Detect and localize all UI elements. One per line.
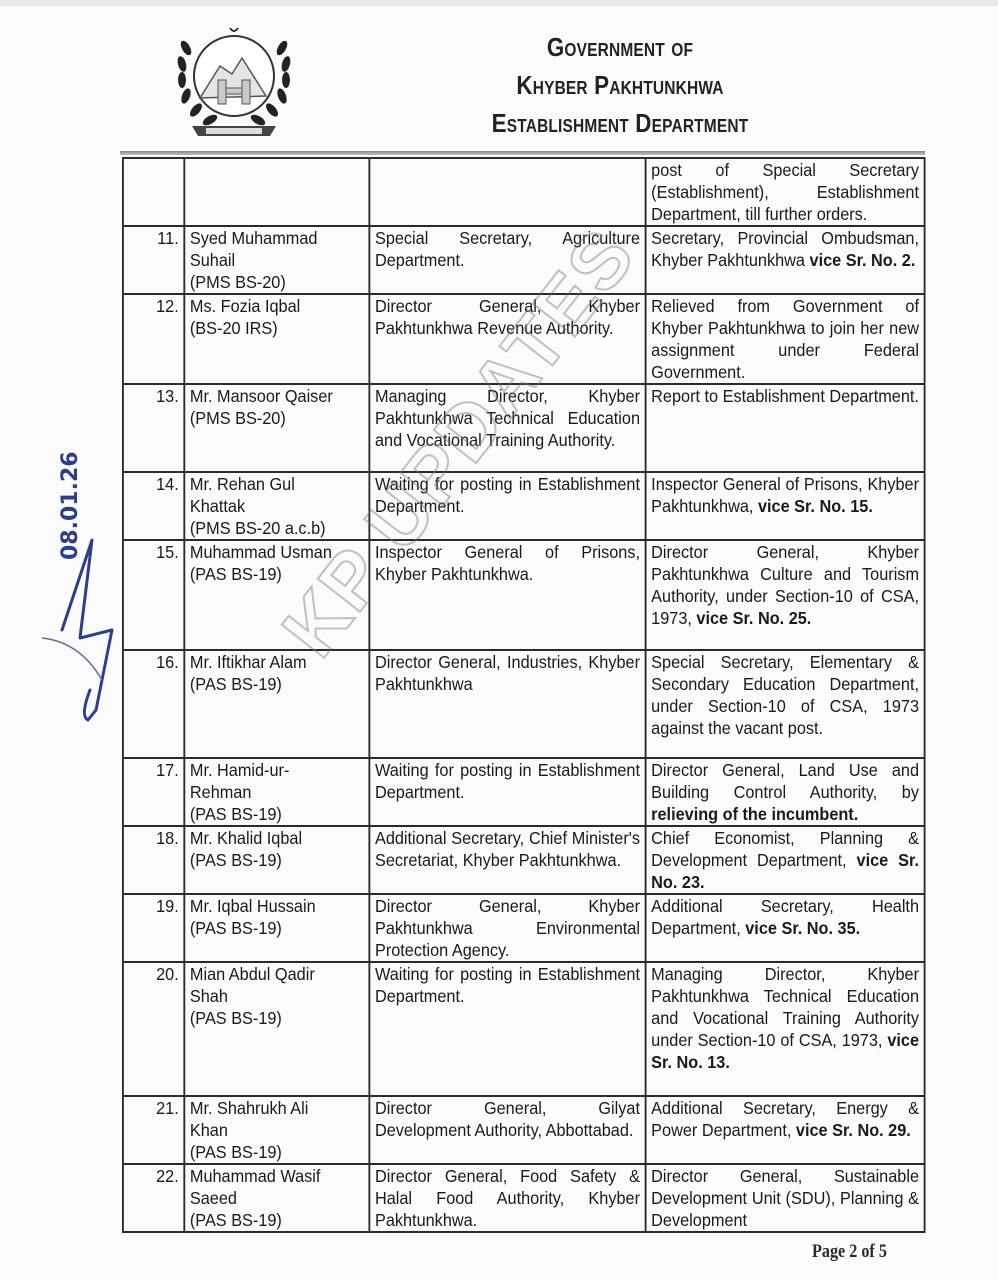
- cell-sr: 20.: [123, 962, 184, 1096]
- cell-from: Waiting for posting in Establishment Dep…: [369, 962, 645, 1096]
- cell-sr: 13.: [123, 384, 184, 472]
- cell-from: Waiting for posting in Establishment Dep…: [369, 472, 645, 540]
- cell-sr: 18.: [123, 826, 184, 894]
- cell-from: Director General, Khyber Pakhtunkhwa Env…: [369, 894, 645, 962]
- cell-name: Ms. Fozia Iqbal(BS-20 IRS): [184, 294, 369, 384]
- cell-sr: 12.: [123, 294, 184, 384]
- officer-name-line: Muhammad Wasif: [190, 1165, 364, 1187]
- table-row: 22.Muhammad WasifSaeed(PAS BS-19)Directo…: [123, 1164, 925, 1232]
- vice-reference: vice Sr. No. 2.: [810, 250, 916, 270]
- cell-to: Chief Economist, Planning & Development …: [646, 826, 925, 894]
- cell-to: Secretary, Provincial Ombudsman, Khyber …: [646, 226, 925, 294]
- cell-from: Waiting for posting in Establishment Dep…: [369, 758, 645, 826]
- officer-name-line: (PMS BS-20): [190, 271, 364, 293]
- officer-name-line: Ms. Fozia Iqbal: [190, 295, 364, 317]
- table-row: 14.Mr. Rehan GulKhattak(PMS BS-20 a.c.b)…: [123, 472, 925, 540]
- officer-name-line: Mr. Hamid-ur-: [190, 759, 364, 781]
- cell-name: Syed MuhammadSuhail(PMS BS-20): [184, 226, 369, 294]
- cell-to: Managing Director, Khyber Pakhtunkhwa Te…: [646, 962, 925, 1096]
- cell-from: [369, 158, 645, 226]
- posting-text: Relieved from Government of Khyber Pakht…: [651, 296, 919, 382]
- officer-name-line: Suhail: [190, 249, 364, 271]
- cell-from: Director General, Industries, Khyber Pak…: [369, 650, 645, 758]
- officer-name-line: Saeed: [190, 1187, 364, 1209]
- vice-reference: vice Sr. No. 15.: [758, 496, 873, 516]
- cell-from: Managing Director, Khyber Pakhtunkhwa Te…: [369, 384, 645, 472]
- cell-to: Additional Secretary, Energy & Power Dep…: [646, 1096, 925, 1164]
- table-row: 16.Mr. Iftikhar Alam(PAS BS-19)Director …: [123, 650, 925, 758]
- posting-text: Managing Director, Khyber Pakhtunkhwa Te…: [651, 964, 919, 1050]
- officer-name-line: (BS-20 IRS): [190, 317, 364, 339]
- cell-to: Special Secretary, Elementary & Secondar…: [646, 650, 925, 758]
- table-row: 17.Mr. Hamid-ur-Rehman(PAS BS-19)Waiting…: [123, 758, 925, 826]
- table-row: 15.Muhammad Usman(PAS BS-19)Inspector Ge…: [123, 540, 925, 650]
- officer-name-line: (PMS BS-20): [190, 407, 364, 429]
- cell-from: Special Secretary, Agriculture Departmen…: [369, 226, 645, 294]
- handwritten-date: 08.01.26: [58, 451, 83, 560]
- document-letterhead: Government of Khyber Pakhtunkhwa Establi…: [380, 28, 860, 142]
- officer-name-line: Khattak: [190, 495, 364, 517]
- officer-name-line: (PAS BS-19): [190, 673, 364, 695]
- cell-sr: 22.: [123, 1164, 184, 1232]
- officer-name-line: (PAS BS-19): [190, 1141, 364, 1163]
- cell-name: Mr. Iqbal Hussain(PAS BS-19): [184, 894, 369, 962]
- kp-government-emblem-icon: [170, 18, 298, 142]
- vice-reference: vice Sr. No. 25.: [696, 608, 811, 628]
- posting-text: Special Secretary, Elementary & Secondar…: [651, 652, 919, 738]
- officer-name-line: Rehman: [190, 781, 364, 803]
- table-row: 12.Ms. Fozia Iqbal(BS-20 IRS)Director Ge…: [123, 294, 925, 384]
- officer-name-line: (PAS BS-19): [190, 563, 364, 585]
- cell-from: Director General, Food Safety & Halal Fo…: [369, 1164, 645, 1232]
- letterhead-rule: [120, 151, 925, 155]
- cell-from: Director General, Gilyat Development Aut…: [369, 1096, 645, 1164]
- officer-name-line: Mr. Iftikhar Alam: [190, 651, 364, 673]
- officer-name-line: (PAS BS-19): [190, 917, 364, 939]
- cell-to: Director General, Land Use and Building …: [646, 758, 925, 826]
- cell-name: Mr. Rehan GulKhattak(PMS BS-20 a.c.b): [184, 472, 369, 540]
- cell-name: [184, 158, 369, 226]
- vice-reference: vice Sr. No. 35.: [745, 918, 860, 938]
- officer-name-line: (PAS BS-19): [190, 1007, 364, 1029]
- officer-name-line: (PAS BS-19): [190, 803, 364, 825]
- cell-to: Inspector General of Prisons, Khyber Pak…: [646, 472, 925, 540]
- table-row: 21.Mr. Shahrukh AliKhan(PAS BS-19)Direct…: [123, 1096, 925, 1164]
- cell-sr: 21.: [123, 1096, 184, 1164]
- officer-name-line: (PMS BS-20 a.c.b): [190, 517, 364, 539]
- page-number: Page 2 of 5: [812, 1241, 887, 1263]
- cell-to: Director General, Khyber Pakhtunkhwa Cul…: [646, 540, 925, 650]
- cell-name: Muhammad WasifSaeed(PAS BS-19): [184, 1164, 369, 1232]
- table-row: 11.Syed MuhammadSuhail(PMS BS-20)Special…: [123, 226, 925, 294]
- table-row: 19.Mr. Iqbal Hussain(PAS BS-19)Director …: [123, 894, 925, 962]
- cell-name: Mr. Shahrukh AliKhan(PAS BS-19): [184, 1096, 369, 1164]
- cell-to: Director General, Sustainable Developmen…: [646, 1164, 925, 1232]
- cell-to: Additional Secretary, Health Department,…: [646, 894, 925, 962]
- table-row-continuation: post of Special Secretary (Establishment…: [123, 158, 925, 226]
- officer-name-line: Muhammad Usman: [190, 541, 364, 563]
- posting-text: Report to Establishment Department.: [651, 386, 919, 406]
- officer-name-line: Mr. Iqbal Hussain: [190, 895, 364, 917]
- table-row: 18.Mr. Khalid Iqbal(PAS BS-19)Additional…: [123, 826, 925, 894]
- officer-name-line: Mr. Khalid Iqbal: [190, 827, 364, 849]
- officer-name-line: Mian Abdul Qadir: [190, 963, 364, 985]
- officer-name-line: (PAS BS-19): [190, 849, 364, 871]
- officer-name-line: Mr. Mansoor Qaiser: [190, 385, 364, 407]
- vice-reference: relieving of the incumbent.: [651, 804, 858, 824]
- vice-reference: vice Sr. No. 29.: [796, 1120, 911, 1140]
- cell-name: Mr. Iftikhar Alam(PAS BS-19): [184, 650, 369, 758]
- cell-sr: [123, 158, 184, 226]
- cell-name: Mr. Hamid-ur-Rehman(PAS BS-19): [184, 758, 369, 826]
- cell-to: Relieved from Government of Khyber Pakht…: [646, 294, 925, 384]
- officer-name-line: Khan: [190, 1119, 364, 1141]
- table-row: 20.Mian Abdul QadirShah(PAS BS-19)Waitin…: [123, 962, 925, 1096]
- officer-name-line: Shah: [190, 985, 364, 1007]
- cell-name: Mian Abdul QadirShah(PAS BS-19): [184, 962, 369, 1096]
- cell-name: Mr. Mansoor Qaiser(PMS BS-20): [184, 384, 369, 472]
- officer-name-line: Mr. Rehan Gul: [190, 473, 364, 495]
- cell-sr: 17.: [123, 758, 184, 826]
- cell-name: Muhammad Usman(PAS BS-19): [184, 540, 369, 650]
- cell-from: Inspector General of Prisons, Khyber Pak…: [369, 540, 645, 650]
- letterhead-line-province: Khyber Pakhtunkhwa: [414, 66, 827, 104]
- officer-name-line: (PAS BS-19): [190, 1209, 364, 1231]
- letterhead-line-department: Establishment Department: [414, 104, 827, 142]
- cell-to: Report to Establishment Department.: [646, 384, 925, 472]
- page-top-edge: [0, 0, 998, 6]
- officer-name-line: Syed Muhammad: [190, 227, 364, 249]
- cell-sr: 19.: [123, 894, 184, 962]
- cell-name: Mr. Khalid Iqbal(PAS BS-19): [184, 826, 369, 894]
- posting-text: Director General, Sustainable Developmen…: [651, 1166, 919, 1230]
- table-row: 13.Mr. Mansoor Qaiser(PMS BS-20)Managing…: [123, 384, 925, 472]
- signature-icon: [40, 470, 140, 730]
- transfer-posting-table: post of Special Secretary (Establishment…: [122, 157, 926, 1233]
- posting-text: Director General, Land Use and Building …: [651, 760, 919, 802]
- cell-from: Director General, Khyber Pakhtunkhwa Rev…: [369, 294, 645, 384]
- officer-name-line: Mr. Shahrukh Ali: [190, 1097, 364, 1119]
- letterhead-line-government: Government of: [414, 28, 827, 66]
- cell-from: Additional Secretary, Chief Minister's S…: [369, 826, 645, 894]
- cell-sr: 11.: [123, 226, 184, 294]
- cell-to: post of Special Secretary (Establishment…: [646, 158, 925, 226]
